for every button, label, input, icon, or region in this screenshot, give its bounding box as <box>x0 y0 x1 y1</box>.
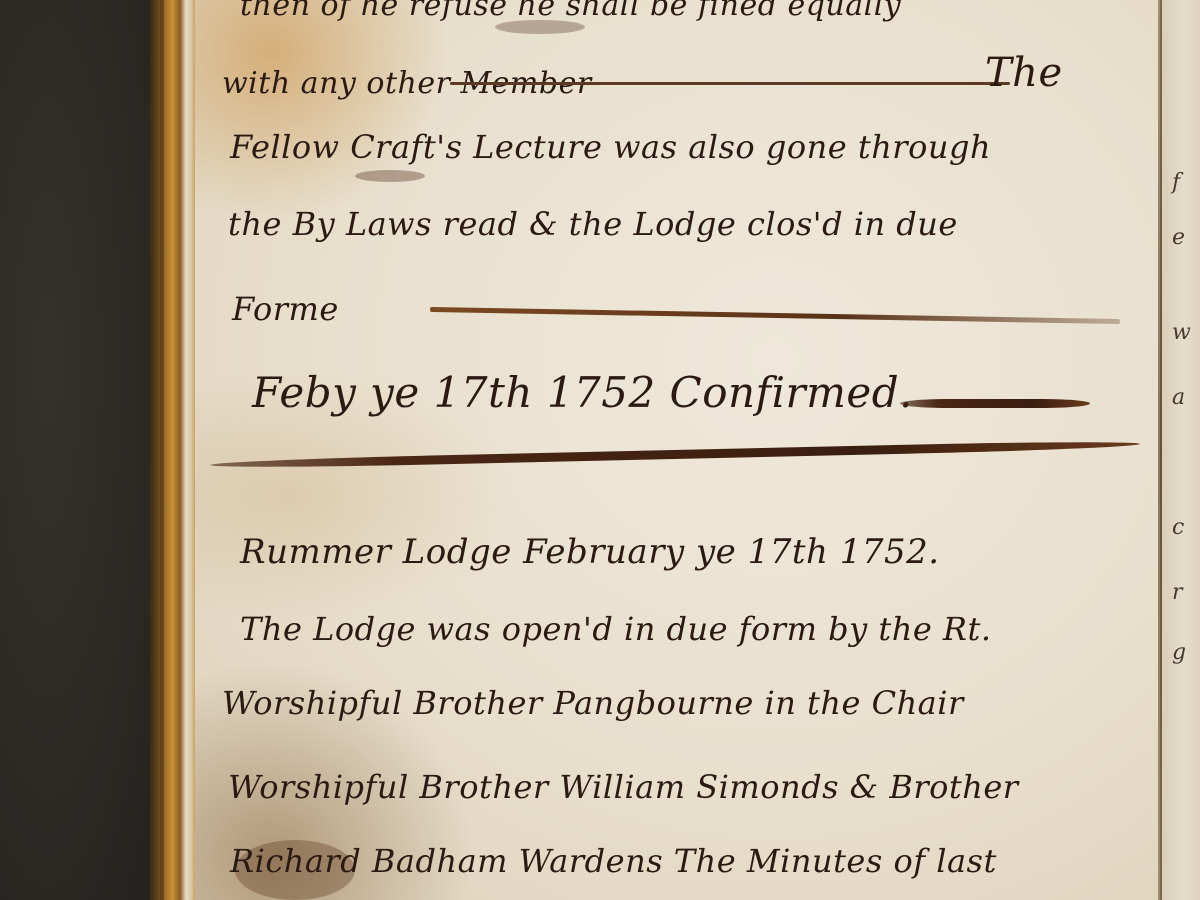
meeting-heading: Rummer Lodge February ye 17th 1752. <box>240 532 940 572</box>
manuscript-line-11: Richard Badham Wardens The Minutes of la… <box>230 842 997 880</box>
manuscript-line-9: Worshipful Brother Pangbourne in the Cha… <box>222 684 964 722</box>
facing-page-fragment: w <box>1172 320 1191 345</box>
facing-page-fragment: c <box>1172 515 1184 540</box>
manuscript-line-5: Forme <box>232 290 339 328</box>
facing-page-fragment: r <box>1172 580 1183 605</box>
book-binding-edge <box>150 0 200 900</box>
manuscript-line-10: Worshipful Brother William Simonds & Bro… <box>228 768 1019 806</box>
facing-page-fragment: a <box>1172 385 1185 410</box>
facing-page-fragment: f <box>1172 170 1180 195</box>
manuscript-photo: then of he refuse he shall be fined equa… <box>0 0 1200 900</box>
manuscript-line-3: Fellow Craft's Lecture was also gone thr… <box>230 128 991 166</box>
manuscript-line-8: The Lodge was open'd in due form by the … <box>240 610 992 648</box>
facing-page <box>1162 0 1200 900</box>
confirmation-flourish <box>900 399 1090 408</box>
confirmation-line: Feby ye 17th 1752 Confirmed. <box>252 368 913 417</box>
facing-page-fragment: g <box>1172 640 1186 665</box>
manuscript-line-4: the By Laws read & the Lodge clos'd in d… <box>228 205 958 243</box>
facing-page-fragment: e <box>1172 225 1185 250</box>
ink-stain <box>355 170 425 182</box>
line-filler-rule <box>450 82 1010 85</box>
manuscript-line-2-the: The <box>985 50 1063 96</box>
dark-backdrop <box>0 0 160 900</box>
manuscript-line-1: then of he refuse he shall be fined equa… <box>240 0 901 23</box>
